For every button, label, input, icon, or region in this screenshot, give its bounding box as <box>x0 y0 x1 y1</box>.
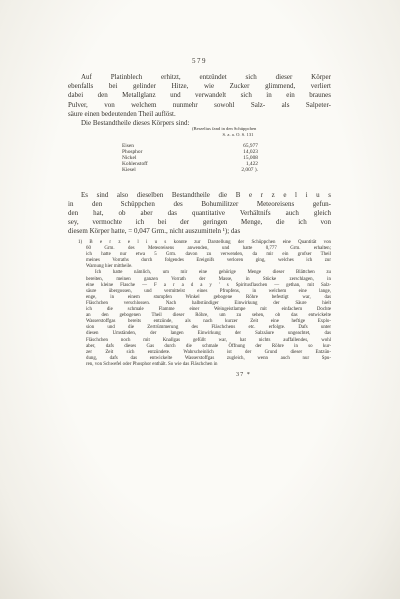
text-line: bereiten, meinen ganzen Vorrath der Mass… <box>86 277 331 283</box>
footnote: 1) B e r z e l i u s konnte zur Darstell… <box>86 240 331 368</box>
page-number: 579 <box>68 57 331 65</box>
text-line: dung, dafs das entwickelte Wasserstoffga… <box>86 356 331 362</box>
text-line: Fläschchen noch mit Knallgas gefüllt war… <box>86 338 331 344</box>
book-page: 579 Auf Platinblech erhitzt, entzündet s… <box>0 0 400 599</box>
table-row: Kiesel2,007 ). <box>122 168 258 174</box>
text-line: zer Zeit sich entzündete. Wahrscheinlich… <box>86 350 331 356</box>
composition-table: Eisen65,977Phosphor14,023Nickel15,008Koh… <box>122 144 258 174</box>
text-line: den hat, ob aber das quantitative Verhäl… <box>68 209 331 218</box>
text-line: Ich hatte nämlich, um mir eine gehörige … <box>86 270 331 276</box>
citation-note-line2: S. a. a. O. S. 131 <box>192 132 284 138</box>
text-line: diesem Körper hatte, = 0,047 Grm., nicht… <box>68 227 331 236</box>
text-line: sey, vermochte ich bei der geringen Meng… <box>68 218 331 227</box>
element-value: 2,007 ). <box>241 168 258 174</box>
element-name: Kiesel <box>122 168 136 174</box>
text-line: ebenfalls bei gelinder Hitze, wie Zucker… <box>68 82 331 91</box>
text-line: säure einen bedeutenden Theil auflöst. <box>68 110 331 119</box>
text-line: ren, von Schwefel oder Phosphor enthält.… <box>86 362 331 368</box>
text-line: Auf Platinblech erhitzt, entzündet sich … <box>68 73 331 82</box>
text-line: in den Schüppchen des Bohumilitzer Meteo… <box>68 200 331 209</box>
text-line: säure übergossen, und vermittelst eines … <box>86 289 331 295</box>
text-line: Es sind also dieselben Bestandtheile die… <box>68 191 331 200</box>
paragraph-opening: Auf Platinblech erhitzt, entzündet sich … <box>68 73 331 128</box>
signature-mark: 37 * <box>236 371 251 378</box>
text-line: diesen Umständen, der langen Einwirkung … <box>86 331 331 337</box>
citation-note: (Berzelius fand in den Schüppchen S. a. … <box>192 126 284 137</box>
text-line: Pulver, von welchem nunmehr sowohl Salz-… <box>68 101 331 110</box>
paragraph-conclusion: Es sind also dieselben Bestandtheile die… <box>68 191 331 236</box>
text-line: aber, dafs dieses Gas durch die schmale … <box>86 344 331 350</box>
text-line: dabei den Metallglanz und verwandelt sic… <box>68 91 331 100</box>
text-line: eine kleine Flasche — F a r a d a y ' s … <box>86 283 331 289</box>
